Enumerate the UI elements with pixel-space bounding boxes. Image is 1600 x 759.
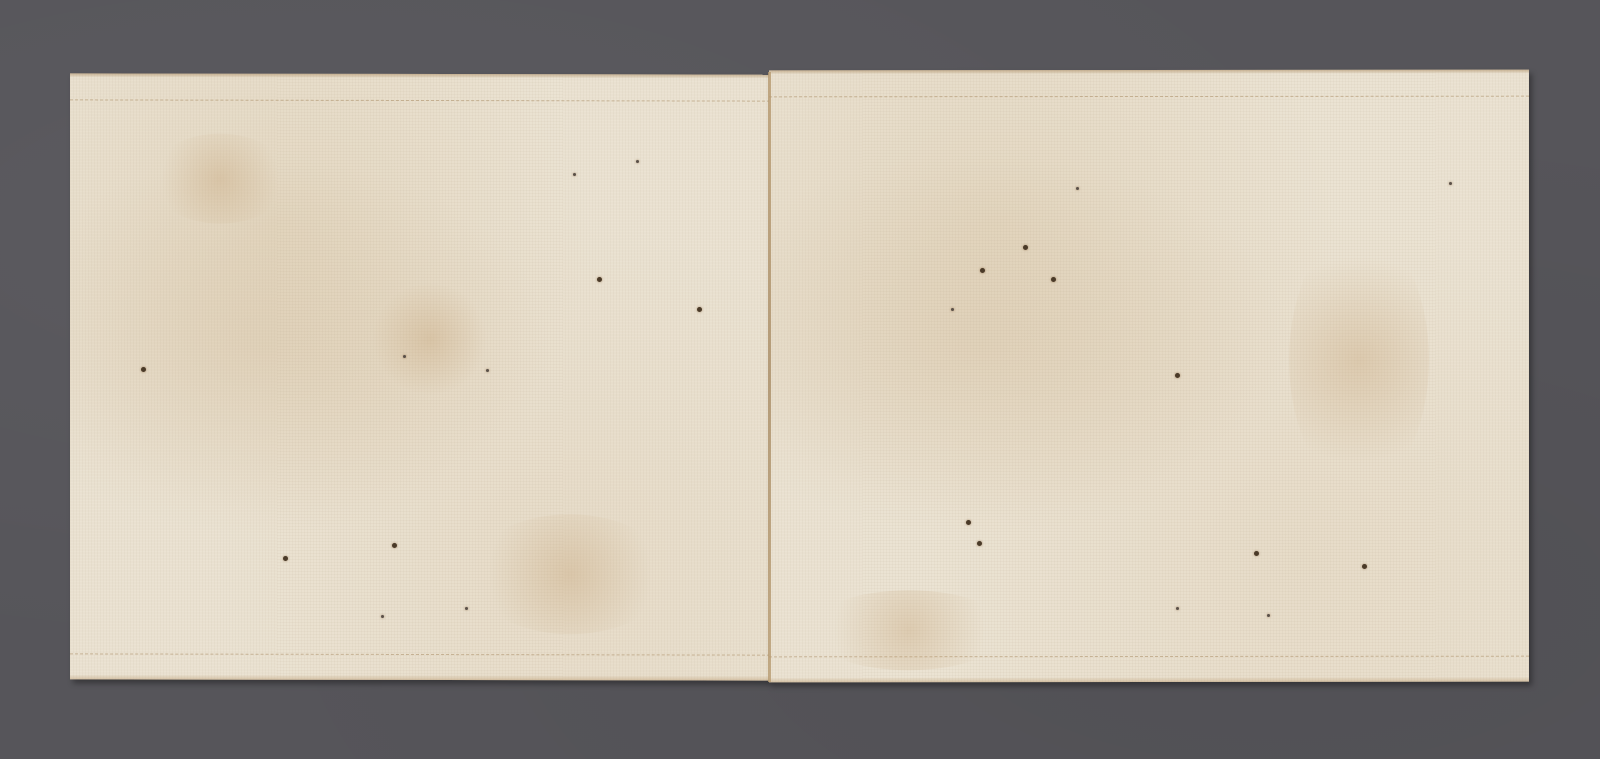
pin-hole: [1267, 614, 1270, 617]
top-edge: [769, 70, 1529, 75]
bottom-hem-stitching: [70, 653, 770, 656]
pin-hole: [465, 607, 468, 610]
pin-hole: [597, 277, 602, 282]
pin-hole: [636, 160, 639, 163]
pin-hole: [403, 355, 406, 358]
pin-hole: [1076, 187, 1079, 190]
bleed-through-ink-mark: [1098, 300, 1498, 380]
pin-hole: [951, 308, 954, 311]
top-hem-stitching: [70, 99, 770, 102]
age-stain: [809, 590, 1009, 670]
pin-hole: [573, 173, 576, 176]
pin-hole: [392, 543, 397, 548]
pin-hole: [966, 520, 971, 525]
fold-seam: [768, 72, 771, 682]
pin-hole: [1175, 373, 1180, 378]
pin-hole: [1023, 245, 1028, 250]
pin-hole: [697, 307, 702, 312]
pin-hole: [1051, 277, 1056, 282]
pin-hole: [381, 615, 384, 618]
pin-hole: [980, 268, 985, 273]
bottom-edge: [769, 677, 1529, 683]
pin-hole: [141, 367, 146, 372]
top-edge: [70, 73, 770, 78]
pin-hole: [1362, 564, 1367, 569]
armband-left-panel: [70, 73, 770, 680]
pin-hole: [1254, 551, 1259, 556]
age-stain: [150, 134, 290, 224]
pin-hole: [283, 556, 288, 561]
age-stain: [370, 284, 490, 394]
top-hem-stitching: [769, 96, 1529, 99]
pin-hole: [1176, 607, 1179, 610]
age-stain: [470, 514, 670, 634]
gray-felt-background: [0, 0, 1600, 759]
pin-hole: [977, 541, 982, 546]
pin-hole: [1449, 182, 1452, 185]
bottom-edge: [70, 674, 770, 680]
pin-hole: [486, 369, 489, 372]
